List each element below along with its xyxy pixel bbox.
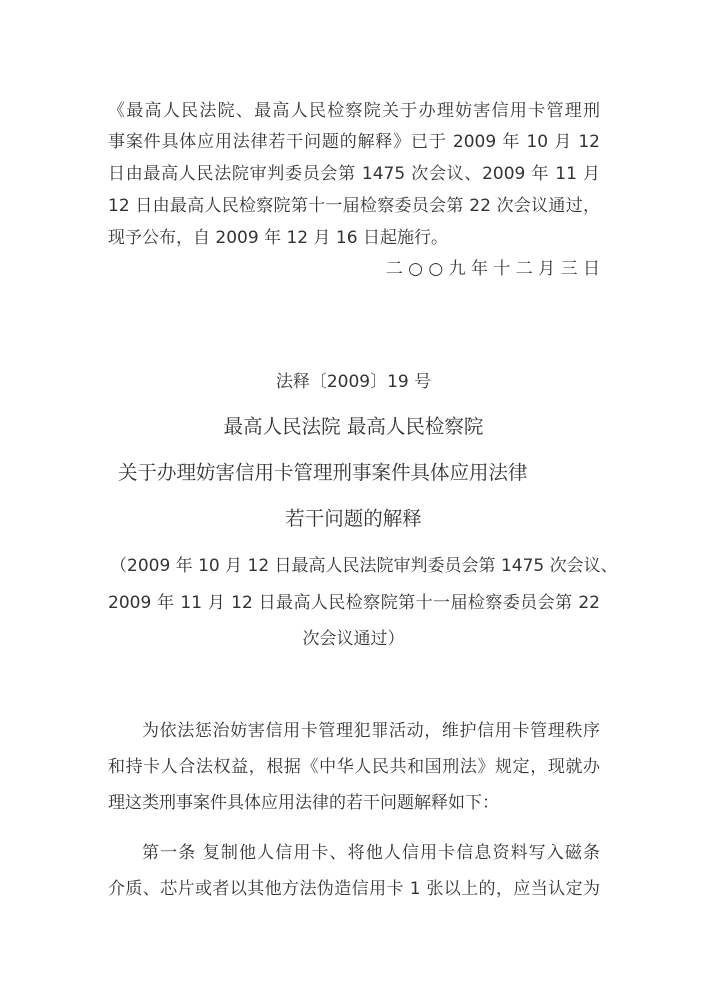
preamble-line: 理这类刑事案件具体应用法律的若干问题解释如下： bbox=[108, 791, 600, 815]
announcement-line: 现予公布，自 2009 年 12 月 16 日起施行。 bbox=[108, 226, 600, 250]
document-page: 《最高人民法院、最高人民检察院关于办理妨害信用卡管理刑 事案件具体应用法律若干问… bbox=[0, 0, 707, 999]
adoption-note-line: 2009 年 11 月 12 日最高人民检察院第十一届检察委员会第 22 bbox=[108, 591, 600, 615]
announcement-line: 12 日由最高人民检察院第十一届检察委员会第 22 次会议通过， bbox=[108, 194, 600, 218]
preamble-line: 为依法惩治妨害信用卡管理犯罪活动，维护信用卡管理秩序 bbox=[108, 719, 600, 743]
preamble-line: 和持卡人合法权益，根据《中华人民共和国刑法》规定，现就办 bbox=[108, 755, 600, 779]
adoption-note-line: 次会议通过） bbox=[100, 627, 607, 651]
announcement-date: 二 ○ ○ 九 年 十 二 月 三 日 bbox=[108, 257, 600, 281]
announcement-line: 事案件具体应用法律若干问题的解释》已于 2009 年 10 月 12 bbox=[108, 130, 600, 154]
article-line: 第一条 复制他人信用卡、将他人信用卡信息资料写入磁条 bbox=[108, 841, 600, 865]
announcement-line: 日由最高人民法院审判委员会第 1475 次会议、2009 年 11 月 bbox=[108, 162, 600, 186]
announcement-line: 《最高人民法院、最高人民检察院关于办理妨害信用卡管理刑 bbox=[108, 99, 600, 123]
document-number: 法释〔2009〕19 号 bbox=[100, 370, 607, 394]
adoption-note-line: （2009 年 10 月 12 日最高人民法院审判委员会第 1475 次会议、 bbox=[110, 554, 602, 578]
title-line: 关于办理妨害信用卡管理刑事案件具体应用法律 bbox=[118, 461, 578, 485]
title-line: 若干问题的解释 bbox=[100, 507, 607, 531]
article-line: 介质、芯片或者以其他方法伪造信用卡 1 张以上的，应当认定为 bbox=[108, 877, 600, 901]
title-line: 最高人民法院 最高人民检察院 bbox=[100, 415, 607, 439]
